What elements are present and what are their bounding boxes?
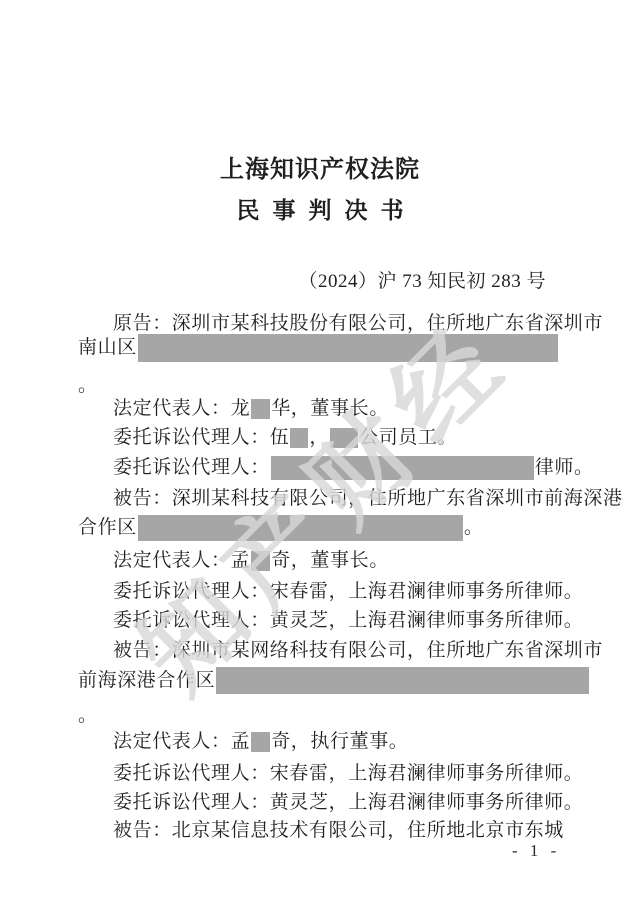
line-text: 被告：深圳某科技有限公司，住所地广东省深圳市前海深港 <box>113 484 623 514</box>
line-text: 华，董事长。 <box>271 394 389 424</box>
line-text: 法定代表人：孟 <box>113 727 250 757</box>
line-text: 被告：深圳市某网络科技有限公司，住所地广东省深圳市 <box>113 636 603 666</box>
redaction-box <box>271 456 534 480</box>
redaction-box <box>251 732 270 752</box>
line-text: 委托诉讼代理人：宋春雷，上海君澜律师事务所律师。 <box>113 577 583 607</box>
document-line: 被告：北京某信息技术有限公司，住所地北京市东城 <box>113 815 564 845</box>
redaction-box <box>330 428 358 448</box>
document-line: 委托诉讼代理人：律师。 <box>113 452 594 482</box>
document-line: 委托诉讼代理人：黄灵芝，上海君澜律师事务所律师。 <box>113 605 583 635</box>
line-text: 。 <box>464 513 484 543</box>
document-line: 。 <box>78 700 98 730</box>
line-text: 南山区 <box>78 333 137 363</box>
line-text: 公司员工。 <box>359 423 457 453</box>
document-line: 委托诉讼代理人：伍， 公司员工。 <box>113 422 457 452</box>
line-text: 委托诉讼代理人：黄灵芝，上海君澜律师事务所律师。 <box>113 606 583 636</box>
document-line: 法定代表人：孟奇，董事长。 <box>113 545 389 575</box>
line-text: 委托诉讼代理人：宋春雷，上海君澜律师事务所律师。 <box>113 759 583 789</box>
document-line: 南山区 <box>78 332 559 362</box>
document-body: 原告：深圳市某科技股份有限公司，住所地广东省深圳市南山区。法定代表人：龙华，董事… <box>0 0 640 905</box>
page-number: - 1 - <box>512 841 560 861</box>
line-text: 。 <box>78 701 98 731</box>
document-line: 委托诉讼代理人：黄灵芝，上海君澜律师事务所律师。 <box>113 787 583 817</box>
document-line: 法定代表人：龙华，董事长。 <box>113 393 389 423</box>
redaction-box <box>138 515 463 541</box>
line-text: 奇，董事长。 <box>271 546 389 576</box>
document-line: 前海深港合作区 <box>78 665 590 695</box>
document-line: 法定代表人：孟奇，执行董事。 <box>113 726 408 756</box>
document-line: 被告：深圳市某网络科技有限公司，住所地广东省深圳市 <box>113 635 603 665</box>
line-text: ， <box>309 423 329 453</box>
line-text: 奇，执行董事。 <box>271 727 408 757</box>
redaction-box <box>138 334 558 362</box>
document-line: 委托诉讼代理人：宋春雷，上海君澜律师事务所律师。 <box>113 758 583 788</box>
line-text: 委托诉讼代理人：黄灵芝，上海君澜律师事务所律师。 <box>113 788 583 818</box>
line-text: 法定代表人：龙 <box>113 394 250 424</box>
document-line: 被告：深圳某科技有限公司，住所地广东省深圳市前海深港 <box>113 483 623 513</box>
redaction-box <box>216 667 589 694</box>
line-text: 。 <box>78 371 98 401</box>
line-text: 律师。 <box>535 453 594 483</box>
document-line: 委托诉讼代理人：宋春雷，上海君澜律师事务所律师。 <box>113 576 583 606</box>
line-text: 法定代表人：孟 <box>113 546 250 576</box>
line-text: 委托诉讼代理人：伍 <box>113 423 289 453</box>
line-text: 委托诉讼代理人： <box>113 453 270 483</box>
document-line: 。 <box>78 370 98 400</box>
line-text: 合作区 <box>78 513 137 543</box>
redaction-box <box>290 428 308 448</box>
document-line: 合作区。 <box>78 512 483 542</box>
redaction-box <box>251 551 270 571</box>
line-text: 被告：北京某信息技术有限公司，住所地北京市东城 <box>113 816 564 846</box>
judgment-document-page: 上海知识产权法院 民事判决书 （2024）沪 73 知民初 283 号 原告：深… <box>0 0 640 905</box>
redaction-box <box>251 399 270 419</box>
line-text: 前海深港合作区 <box>78 666 215 696</box>
